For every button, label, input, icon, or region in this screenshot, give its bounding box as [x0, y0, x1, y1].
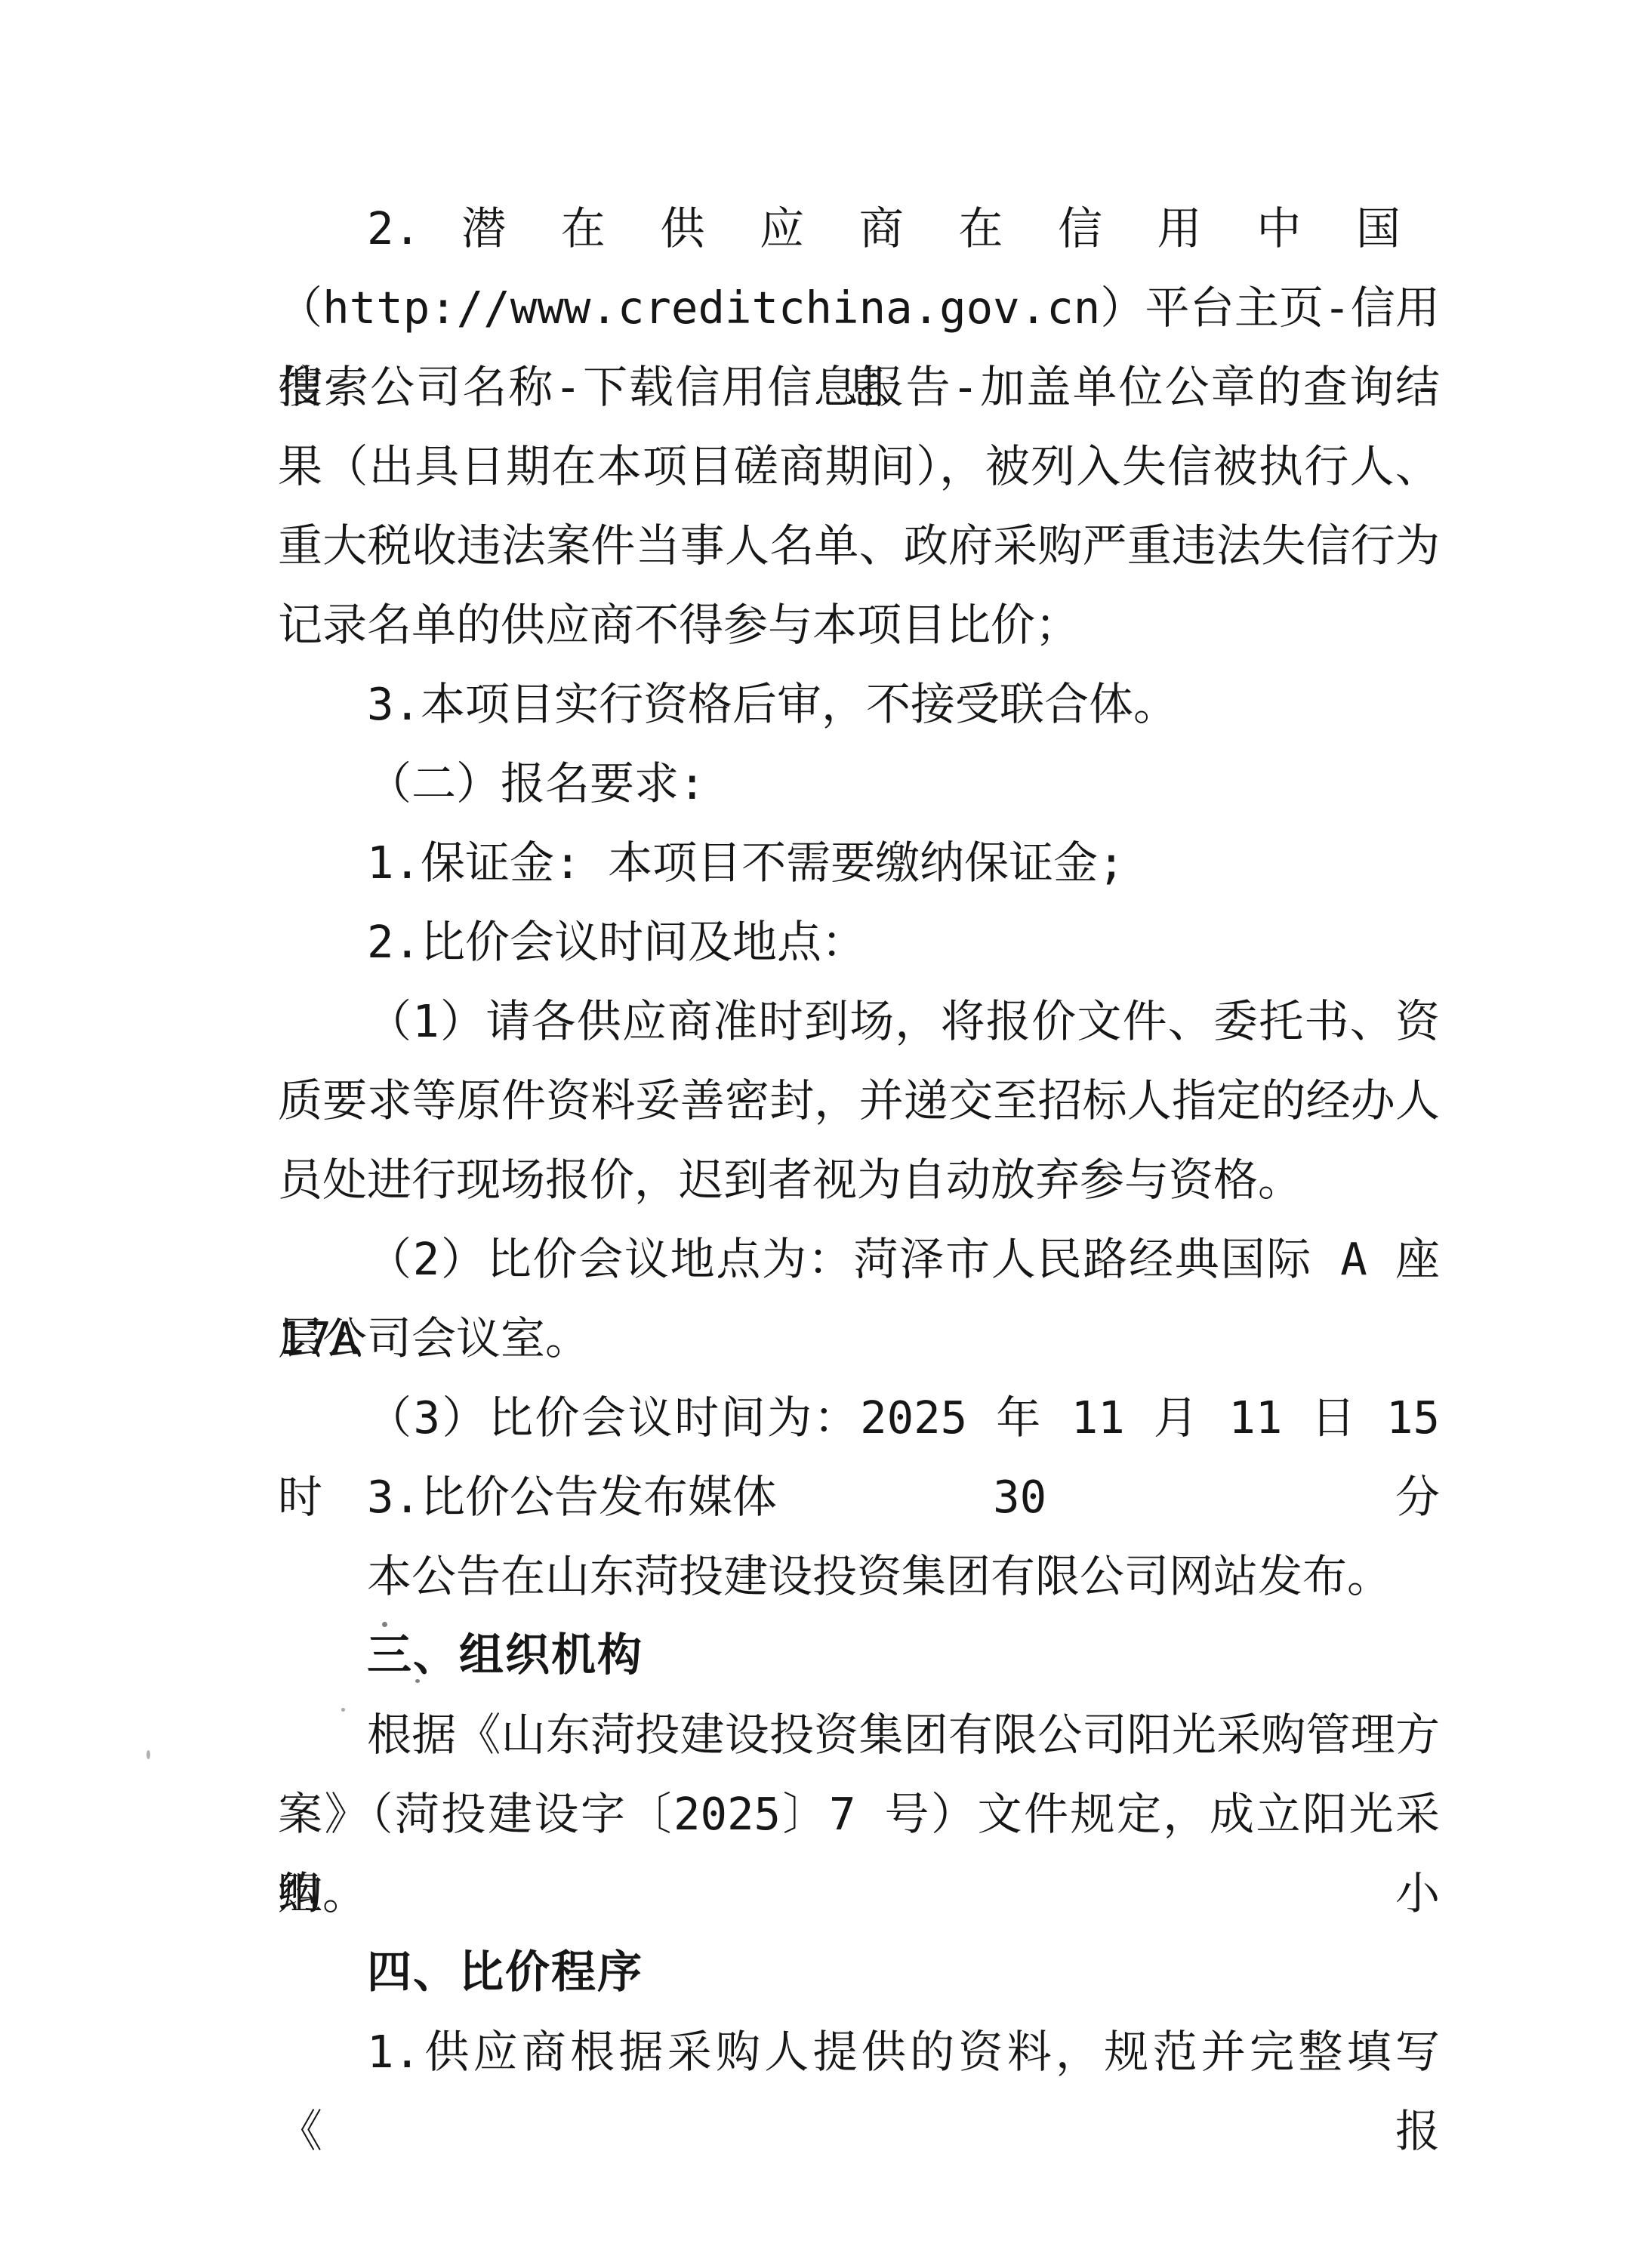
- text-line: 质要求等原件资料妥善密封，并递交至招标人指定的经办人: [278, 1061, 1440, 1140]
- text-line: 2.比价会议时间及地点：: [278, 902, 1440, 982]
- text-line: （3）比价会议时间为：2025 年 11 月 11 日 15 时 30 分: [278, 1378, 1440, 1457]
- text-line: （二）报名要求:: [278, 744, 1440, 823]
- text-line: 1.保证金: 本项目不需要缴纳保证金;: [278, 823, 1440, 902]
- text-line: 记录名单的供应商不得参与本项目比价；: [278, 585, 1440, 664]
- scan-speck: [146, 1750, 150, 1759]
- text-line: 员处进行现场报价，迟到者视为自动放弃参与资格。: [278, 1140, 1440, 1219]
- section-heading: 四、比价程序: [278, 1933, 1440, 2012]
- text-line: 2. 潜 在 供 应 商 在 信 用 中 国: [278, 189, 1440, 268]
- text-line: 案》（菏投建设字〔2025〕7 号）文件规定，成立阳光采购小: [278, 1774, 1440, 1854]
- text-line: 果（出具日期在本项目磋商期间），被列入失信被执行人、: [278, 427, 1440, 506]
- text-line: 搜索公司名称-下载信用信息报告-加盖单位公章的查询结: [278, 347, 1440, 427]
- scan-speck: [382, 1622, 387, 1627]
- text-line: （2）比价会议地点为：菏泽市人民路经典国际 A 座 17A: [278, 1219, 1440, 1299]
- text-line: （http://www.creditchina.gov.cn）平台主页-信用信息…: [278, 268, 1440, 347]
- text-line: 重大税收违法案件当事人名单、政府采购严重违法失信行为: [278, 506, 1440, 585]
- document-page: 2. 潜 在 供 应 商 在 信 用 中 国（http://www.credit…: [0, 0, 1652, 2256]
- scan-speck: [415, 1679, 420, 1683]
- document-body: 2. 潜 在 供 应 商 在 信 用 中 国（http://www.credit…: [278, 189, 1440, 2091]
- section-heading: 三、组织机构: [278, 1616, 1440, 1695]
- text-line: （1）请各供应商准时到场，将报价文件、委托书、资: [278, 982, 1440, 1061]
- text-line: 层公司会议室。: [278, 1299, 1440, 1378]
- scan-speck: [341, 1708, 345, 1712]
- text-line: 1.供应商根据采购人提供的资料，规范并完整填写《报: [278, 2012, 1440, 2091]
- text-line: 根据《山东菏投建设投资集团有限公司阳光采购管理方: [278, 1695, 1440, 1774]
- text-line: 本公告在山东菏投建设投资集团有限公司网站发布。: [278, 1536, 1440, 1616]
- text-line: 3.本项目实行资格后审，不接受联合体。: [278, 664, 1440, 744]
